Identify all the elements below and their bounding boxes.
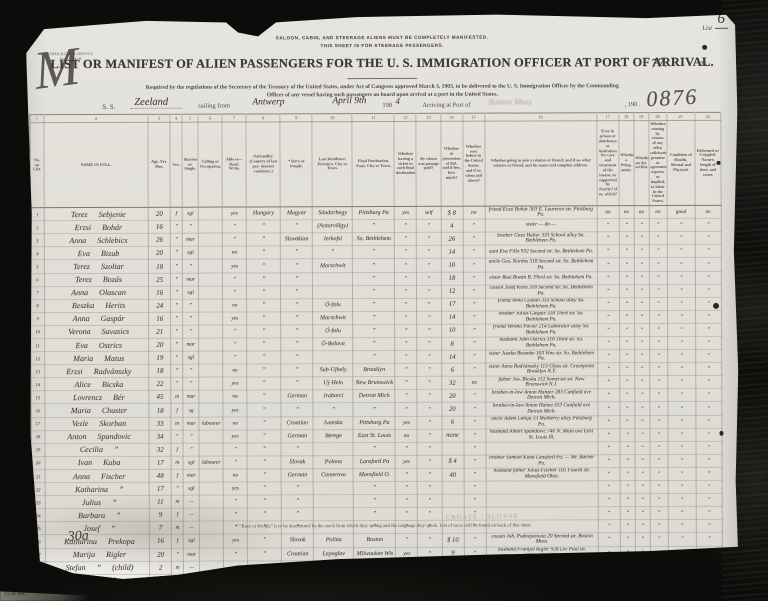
manifest-sheet: IMMIGRATION SERVICE Form 1500 B SALOON, … — [26, 11, 740, 581]
cell-nat: ” — [247, 246, 281, 259]
cell-race: Magyar — [281, 207, 313, 220]
column-header: * Race or People. — [280, 122, 312, 207]
cell-call — [199, 443, 223, 456]
cell-race: ” — [281, 298, 313, 311]
cell-race: German — [281, 429, 313, 442]
cell-pris: ” — [598, 468, 620, 481]
cell-lab: ” — [650, 572, 668, 585]
cell-sex: m — [171, 391, 183, 404]
cell-race: German — [281, 469, 313, 482]
cell-paid: ” — [417, 246, 441, 259]
cell-dest: ” — [353, 246, 395, 259]
cell-tkt: ” — [395, 350, 417, 363]
cell-pris: ” — [598, 494, 620, 507]
cell-read: yes — [223, 482, 247, 495]
cell-res — [313, 285, 353, 298]
cell-res: Ó-falu — [313, 325, 353, 338]
cell-dest: ” — [353, 324, 395, 337]
column-header: Whether a Polyg- amist. — [619, 121, 634, 206]
cell-sex: f — [172, 535, 184, 548]
cell-health: good — [667, 205, 695, 218]
cell-call — [200, 587, 224, 600]
cell-nat: ” — [247, 482, 281, 495]
cell-mar: sgl — [183, 456, 199, 469]
cell-read: yes — [223, 259, 247, 272]
cell-lab: ” — [649, 232, 667, 245]
cell-race: ” — [282, 560, 314, 573]
cell-no: 3 — [30, 234, 44, 247]
cell-dest: ” — [353, 337, 395, 350]
cell-sex: ” — [171, 260, 183, 273]
cell-rel: sister Juszka Besenko 103 Vine str. So. … — [485, 350, 597, 363]
cell-evus: ” — [463, 311, 485, 324]
cell-name: Erzsi Radvánszky — [45, 365, 149, 378]
cell-res: ” — [313, 246, 353, 259]
cell-nat: ” — [248, 508, 282, 521]
cell-evus: ” — [464, 468, 486, 481]
cell-pris: ” — [598, 455, 620, 468]
cell-paid: ” — [417, 219, 441, 232]
cell-read: ” — [224, 587, 248, 600]
title-divider-rule — [347, 78, 417, 79]
cell-tkt: yes — [395, 416, 417, 429]
cell-name: Anna Fischer — [45, 469, 149, 482]
cell-rel: brother Samuel Kuba Lansford Pa. — Mr. B… — [486, 455, 598, 468]
cell-no: 16 — [31, 404, 45, 417]
cell-paid: ” — [417, 416, 441, 429]
cell-rel: friend Verona Pavier 214 Laborator alley… — [485, 324, 597, 337]
cell-rel: father Jos. Bicska 112 Somerset str. New… — [485, 376, 597, 389]
cell-anar: ” — [634, 284, 649, 297]
cell-lab: ” — [650, 389, 668, 402]
cell-no: 21 — [31, 470, 45, 483]
cell-rel — [486, 494, 598, 507]
column-header: Sex. — [170, 122, 182, 207]
cell-sex: f — [171, 443, 183, 456]
cell-paid: ” — [418, 494, 442, 507]
cell-call — [199, 469, 223, 482]
cell-lab: ” — [649, 310, 667, 323]
cell-mar: sgl — [183, 351, 199, 364]
cell-sex: ” — [171, 377, 183, 390]
cell-nat: Hungary — [246, 207, 280, 220]
cell-no: 9 — [31, 313, 45, 326]
cell-dest: East St. Louis — [353, 429, 395, 442]
cell-mar: sgl — [183, 247, 199, 260]
cell-race: ” — [281, 312, 313, 325]
column-header: Condition of Health, Mental and Physical… — [667, 120, 695, 205]
cell-sex: ” — [172, 548, 184, 561]
cell-poly: ” — [619, 350, 634, 363]
cell-tkt: ” — [396, 508, 418, 521]
cell-no: 24 — [31, 509, 45, 522]
cell-lab: ” — [649, 271, 667, 284]
cell-dest: Detroit Mich — [353, 390, 395, 403]
cell-rel: brother Geza Halter 333 School alley So.… — [485, 232, 597, 245]
cell-sex: ” — [172, 587, 184, 600]
cell-anar: ” — [634, 232, 649, 245]
cell-evus: ” — [463, 219, 485, 232]
cell-read: ” — [223, 443, 247, 456]
cell-no: 1 — [30, 208, 44, 221]
cell-nat: ” — [247, 338, 281, 351]
cell-evus: ” — [463, 259, 485, 272]
cell-lab: ” — [650, 363, 668, 376]
cell-poly: ” — [620, 533, 635, 546]
cell-nat: ” — [247, 220, 281, 233]
cell-tkt: ” — [395, 220, 417, 233]
cell-evus: ” — [464, 494, 486, 507]
cell-no: 19 — [31, 443, 45, 456]
cell-lab: ” — [650, 441, 668, 454]
cell-poly: ” — [620, 415, 635, 428]
cell-age: 17 — [149, 456, 171, 469]
cell-nat: ” — [247, 259, 281, 272]
column-number: 19 — [634, 113, 649, 121]
cell-read: yes — [223, 430, 247, 443]
cell-call: labourer — [200, 574, 224, 587]
cell-mar: ” — [183, 364, 199, 377]
cell-anar: ” — [635, 585, 650, 598]
cell-age: 16 — [149, 286, 171, 299]
cell-health: ” — [668, 376, 696, 389]
cell-age: 22 — [149, 378, 171, 391]
cell-age: 18 — [149, 364, 171, 377]
cell-read: ” — [223, 351, 247, 364]
cell-health: ” — [668, 507, 696, 520]
cell-nat: ” — [247, 403, 281, 416]
cell-lab: ” — [650, 546, 668, 559]
cell-nat: ” — [248, 534, 282, 547]
cell-money: 12 — [441, 285, 463, 298]
cell-nat: ” — [247, 299, 281, 312]
cell-paid: ” — [418, 455, 442, 468]
cell-anar: ” — [635, 533, 650, 546]
cell-read: no — [223, 417, 247, 430]
cell-rel: sister — do — — [485, 219, 597, 232]
column-header: Whether in possession of $50, and if les… — [440, 121, 462, 206]
departure-port: Antwerp — [252, 97, 284, 107]
cell-poly: ” — [620, 428, 635, 441]
cell-def: ” — [696, 428, 722, 441]
handwritten-sheet-number: 30a — [67, 528, 89, 545]
cell-mar: ” — [183, 299, 199, 312]
cell-rel — [486, 442, 598, 455]
cell-nat: ” — [247, 325, 281, 338]
cell-call — [199, 260, 223, 273]
cell-race: Croatian — [281, 416, 313, 429]
cell-evus: ” — [463, 350, 485, 363]
cell-paid: ” — [417, 272, 441, 285]
cell-res: Polona — [313, 455, 353, 468]
cell-anar: ” — [635, 402, 650, 415]
edge-stamp: 8:1 — [4, 296, 21, 307]
year2-printed: , 190 . — [624, 101, 640, 108]
cell-nat: ” — [247, 377, 281, 390]
cell-money: $ 10 — [442, 573, 464, 586]
cell-pris: ” — [598, 389, 620, 402]
cell-res — [314, 508, 354, 521]
cell-call — [199, 508, 223, 521]
cell-nat: ” — [247, 285, 281, 298]
cell-poly: ” — [620, 363, 635, 376]
cell-dest: ” — [353, 403, 395, 416]
cell-race: ” — [281, 259, 313, 272]
column-number: 14 — [440, 113, 462, 121]
cell-poly: ” — [620, 546, 635, 559]
cell-call — [199, 286, 223, 299]
cell-paid: ” — [417, 298, 441, 311]
cell-health: ” — [667, 323, 695, 336]
cell-lab: ” — [650, 428, 668, 441]
cell-sex: ” — [171, 364, 183, 377]
cell-def: ” — [696, 376, 722, 389]
cell-money: 6 — [441, 363, 463, 376]
cell-tkt: no — [395, 429, 417, 442]
cell-dest: Milwaukee Wis — [354, 547, 396, 560]
cell-pris: ” — [597, 324, 619, 337]
cell-age: 32 — [149, 443, 171, 456]
cell-name: Eva Ostrics — [45, 338, 149, 351]
cell-paid: ” — [417, 259, 441, 272]
cell-lab: ” — [649, 219, 667, 232]
cell-mar: ” — [183, 430, 199, 443]
cell-call — [199, 404, 223, 417]
cell-sex: ” — [171, 325, 183, 338]
cell-evus: ” — [463, 232, 485, 245]
cell-call — [199, 325, 223, 338]
cell-dest: ” — [354, 508, 396, 521]
cell-age: 17 — [149, 482, 171, 495]
cell-race: Slovak — [282, 534, 314, 547]
cell-pris: ” — [597, 297, 619, 310]
cell-res: ” — [313, 403, 353, 416]
manifest-rows: 1Terez Sebjenie20fsglyesHungaryMagyarSán… — [30, 205, 722, 600]
cell-money — [442, 560, 464, 573]
cell-rel: brother-in-law Anton Hanzer 283 Canfield… — [485, 389, 597, 402]
cell-tkt: yes — [396, 547, 418, 560]
handwritten-series-number: 0876 — [646, 84, 699, 113]
sailing-from-label: sailing from — [198, 103, 230, 110]
cell-tkt: ” — [395, 246, 417, 259]
cell-age: 25 — [149, 273, 171, 286]
cell-mar: ” — [182, 220, 198, 233]
cell-def: ” — [695, 218, 721, 231]
ship-name: Zeeland — [130, 97, 182, 109]
cell-rel: brother-in-law Aleksa Khitanen 81, 18th … — [486, 586, 598, 599]
cell-call: labourer — [199, 417, 223, 430]
cell-health: ” — [668, 363, 696, 376]
cell-sex: ” — [171, 430, 183, 443]
cell-def: ” — [695, 258, 721, 271]
cell-res: Uj-Helo — [313, 377, 353, 390]
cell-res — [313, 272, 353, 285]
cell-read: no — [223, 246, 247, 259]
cell-name: Katharina ” — [45, 482, 149, 495]
cell-age: 43 — [150, 574, 172, 587]
cell-money: $ 8 — [441, 206, 463, 219]
cell-res: Sándorhegy — [313, 207, 353, 220]
cell-call — [198, 220, 222, 233]
cell-read: ” — [223, 286, 247, 299]
cell-dest: ” — [354, 573, 396, 586]
cell-pris: ” — [598, 428, 620, 441]
cell-dest: Pittsburg Pa — [353, 416, 395, 429]
cell-mar: — — [183, 508, 199, 521]
cell-race: ” — [282, 495, 314, 508]
cell-nat: ” — [247, 416, 281, 429]
cell-anar: ” — [635, 481, 650, 494]
cell-money: 9 — [442, 547, 464, 560]
cell-tkt: ” — [395, 337, 417, 350]
cell-read: no — [223, 299, 247, 312]
cell-def: ” — [696, 467, 722, 480]
cell-health: ” — [668, 533, 696, 546]
cell-health: ” — [668, 402, 696, 415]
cell-rel: brother-in-law Anton Hanza 333 Canfield … — [485, 402, 597, 415]
passenger-row: 28Stefan ” (child)2m—””””””””” — [31, 559, 722, 575]
cell-health: ” — [668, 389, 696, 402]
cell-def: ” — [695, 245, 721, 258]
cell-mar: sg — [183, 404, 199, 417]
cell-anar: ” — [635, 468, 650, 481]
cell-age: 24 — [149, 299, 171, 312]
cell-paid: ” — [418, 468, 442, 481]
cell-pris: ” — [597, 271, 619, 284]
cell-name: Anna Olascan — [44, 286, 148, 299]
cell-money: 18 — [441, 272, 463, 285]
column-number: 7 — [222, 114, 246, 122]
cell-money: 6 — [441, 416, 463, 429]
cell-money: 8 — [441, 337, 463, 350]
cell-health: ” — [667, 232, 695, 245]
cell-health: ” — [667, 297, 695, 310]
handwritten-title-mark: 77. — [651, 54, 668, 71]
cell-race: ” — [281, 325, 313, 338]
cell-pris: ” — [597, 219, 619, 232]
cell-sex: m — [171, 417, 183, 430]
cell-age: 16 — [148, 220, 170, 233]
column-number: 13 — [416, 113, 440, 121]
cell-anar: ” — [635, 441, 650, 454]
page-title: LIST OR MANIFEST OF ALIEN PASSENGERS FOR… — [26, 55, 738, 72]
cell-age: 18 — [149, 404, 171, 417]
cell-paid: ” — [417, 337, 441, 350]
cell-race: Croatian — [282, 547, 314, 560]
cell-mar: ” — [183, 443, 199, 456]
cell-no: 28 — [31, 561, 45, 574]
cell-tkt: ” — [396, 468, 418, 481]
cell-nat: ” — [248, 560, 282, 573]
cell-evus: ” — [463, 363, 485, 376]
cell-tkt: ” — [395, 311, 417, 324]
sailing-date: April 9th — [332, 96, 366, 106]
cell-rel: husband Albert Spandovic 740 N. Main ave… — [486, 428, 598, 441]
cell-health: ” — [668, 428, 696, 441]
cell-pris: ” — [598, 585, 620, 598]
cell-res: Ó-Bolova — [313, 338, 353, 351]
cell-evus: no — [463, 376, 485, 389]
cell-pris: ” — [598, 572, 620, 585]
cell-res — [314, 560, 354, 573]
cell-age: 26 — [148, 234, 170, 247]
cell-mar: mar — [183, 338, 199, 351]
cell-evus: ” — [463, 337, 485, 350]
cell-poly: ” — [619, 245, 634, 258]
cell-lab: ” — [650, 585, 668, 598]
cell-age: 20 — [150, 548, 172, 561]
cell-nat: ” — [247, 495, 281, 508]
cell-tkt: yes — [396, 455, 418, 468]
cell-paid: ” — [417, 377, 441, 390]
cell-evus — [464, 560, 486, 573]
cell-pris: ” — [598, 415, 620, 428]
cell-rel: cousin Jozef Kara 318 Second str. So. Be… — [485, 284, 597, 297]
cell-no: 17 — [31, 417, 45, 430]
cell-anar: ” — [634, 245, 649, 258]
cell-pris: ” — [598, 376, 620, 389]
cell-age: 2 — [150, 561, 172, 574]
cell-evus: ” — [463, 324, 485, 337]
cell-poly: ” — [619, 310, 634, 323]
cell-name: Anton Spandovic — [45, 430, 149, 443]
cell-poly: ” — [620, 559, 635, 572]
column-number: 5 — [182, 114, 198, 122]
cell-res: Marschwit — [313, 259, 353, 272]
cell-age: 34 — [149, 430, 171, 443]
cell-read: ” — [223, 273, 247, 286]
cell-lab: ” — [649, 245, 667, 258]
cell-res: Ivanska — [313, 416, 353, 429]
cell-paid: self — [417, 206, 441, 219]
cell-paid: ” — [418, 481, 442, 494]
cell-name: Reszka Herits — [45, 299, 149, 312]
cell-mar: mar — [183, 273, 199, 286]
cell-paid: ” — [417, 442, 441, 455]
cell-health: ” — [668, 454, 696, 467]
cell-age: 20 — [148, 207, 170, 220]
cell-name: Eva Bizub — [44, 247, 148, 260]
cell-mar: sgl — [183, 286, 199, 299]
cell-health: ” — [668, 350, 696, 363]
cell-dest: ” — [353, 272, 395, 285]
cell-name: Stefan ” (child) — [45, 561, 149, 574]
cell-dest: ” — [353, 285, 395, 298]
cell-paid: ” — [418, 586, 442, 599]
cell-res — [314, 573, 354, 586]
cell-anar: ” — [635, 415, 650, 428]
cell-pris: ” — [598, 441, 620, 454]
cell-poly: ” — [620, 481, 635, 494]
column-label-row: No. on List.NAME IN FULL.Age. Yrs. Mos.S… — [30, 120, 721, 207]
cell-dest: So. Bethlehem — [353, 233, 395, 246]
cell-dest: ” — [354, 495, 396, 508]
cell-race: ” — [281, 246, 313, 259]
cell-poly: no — [619, 206, 634, 219]
cell-pris: ” — [597, 258, 619, 271]
cell-evus: ” — [463, 403, 485, 416]
list-label: List — [702, 25, 712, 32]
cell-paid: ” — [417, 285, 441, 298]
cell-anar: ” — [635, 572, 650, 585]
cell-sex: m — [171, 495, 183, 508]
column-header: Able to— Read. Write. — [222, 122, 246, 207]
cell-no: 26 — [31, 535, 45, 548]
cell-sex: f — [171, 469, 183, 482]
cell-no: 13 — [31, 365, 45, 378]
cell-sex: ” — [172, 574, 184, 587]
cell-pris: ” — [597, 350, 619, 363]
